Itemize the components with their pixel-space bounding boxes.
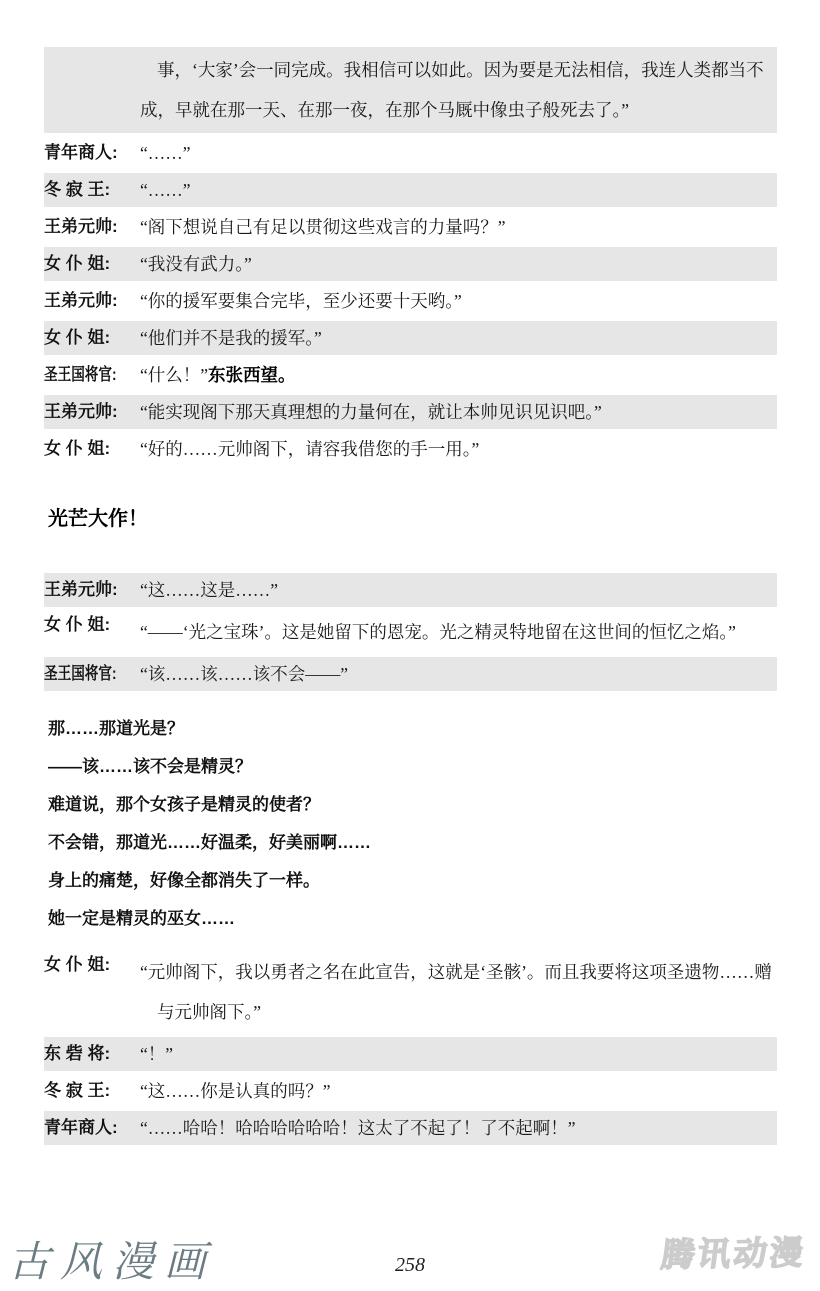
speaker-label: 东 砦 将: [44,1041,140,1067]
dialogue-text: “！” [140,1041,777,1067]
dialogue-text: “……” [140,177,777,203]
inner-monologue-line: 那……那道光是？ [48,719,777,738]
dialogue-row: 王弟元帅: “阁下想说自己有足以贯彻这些戏言的力量吗？” [44,210,777,244]
speaker-label: 冬 寂 王: [44,1078,140,1104]
dialogue-text: “阁下想说自己有足以贯彻这些戏言的力量吗？” [140,214,777,240]
speaker-label: 王弟元帅: [44,399,140,425]
dialogue-text: “好的……元帅阁下，请容我借您的手一用。” [140,436,777,462]
dialogue-quote: “这……这是……” [140,580,278,600]
inner-monologue-block: 那……那道光是？ ——该……该不会是精灵？ 难道说，那个女孩子是精灵的使者？ 不… [44,719,777,928]
dialogue-text: “什么！”东张西望。 [140,362,777,388]
speaker-label: 女 仆 姐: [44,952,140,978]
speaker-label: 青年商人: [44,140,140,166]
paragraph-text: 事，‘大家’会一同完成。我相信可以如此。因为要是无法相信，我连人类都当不成，早就… [140,50,777,130]
dialogue-row: 圣王国将官: “什么！”东张西望。 [44,358,777,392]
dialogue-text: “这……这是……” [140,577,777,603]
dialogue-text: “能实现阁下那天真理想的力量何在，就让本帅见识见识吧。” [140,399,777,425]
dialogue-quote: “他们并不是我的援军。” [140,328,322,348]
dialogue-row: 王弟元帅: “你的援军要集合完毕，至少还要十天哟。” [44,284,777,318]
scene-heading: 光芒大作！ [48,502,777,531]
dialogue-row: 女 仆 姐: “他们并不是我的援军。” [44,321,777,355]
inner-monologue-line: 她一定是精灵的巫女…… [48,909,777,928]
dialogue-quote: “——‘光之宝珠’。这是她留下的恩宠。光之精灵特地留在这世间的恒忆之焰。” [140,622,736,642]
dialogue-text: “……哈哈！哈哈哈哈哈哈！这太了不起了！了不起啊！” [140,1115,777,1141]
inner-monologue-line: ——该……该不会是精灵？ [48,757,777,776]
speaker-label: 女 仆 姐: [44,325,140,351]
speaker-label: 冬 寂 王: [44,177,140,203]
inner-monologue-line: 不会错，那道光……好温柔，好美丽啊…… [48,833,777,852]
dialogue-text: “我没有武力。” [140,251,777,277]
speaker-label: 女 仆 姐: [44,436,140,462]
dialogue-quote: “……” [140,180,191,200]
dialogue-text: “他们并不是我的援军。” [140,325,777,351]
dialogue-row: 女 仆 姐: “我没有武力。” [44,247,777,281]
dialogue-row: 冬 寂 王: “……” [44,173,777,207]
dialogue-quote: “……” [140,143,191,163]
dialogue-row: 东 砦 将: “！” [44,1037,777,1071]
dialogue-text: “元帅阁下，我以勇者之名在此宣告，这就是‘圣骸’。而且我要将这项圣遗物……赠与元… [140,952,777,1032]
dialogue-quote: “这……你是认真的吗？” [140,1081,331,1101]
script-content: 事，‘大家’会一同完成。我相信可以如此。因为要是无法相信，我连人类都当不成，早就… [44,47,777,1148]
speaker-label: 王弟元帅: [44,214,140,240]
dialogue-row: 女 仆 姐: “好的……元帅阁下，请容我借您的手一用。” [44,432,777,466]
speaker-label: 女 仆 姐: [44,251,140,277]
speaker-label: 王弟元帅: [44,288,140,314]
dialogue-text: “你的援军要集合完毕，至少还要十天哟。” [140,288,777,314]
inner-monologue-line: 难道说，那个女孩子是精灵的使者？ [48,795,777,814]
inner-monologue-line: 身上的痛楚，好像全都消失了一样。 [48,871,777,890]
dialogue-text: “该……该……该不会——” [140,661,777,687]
dialogue-text: “这……你是认真的吗？” [140,1078,777,1104]
dialogue-quote: “好的……元帅阁下，请容我借您的手一用。” [140,439,479,459]
dialogue-quote: “！” [140,1044,173,1064]
dialogue-row: 女 仆 姐: “元帅阁下，我以勇者之名在此宣告，这就是‘圣骸’。而且我要将这项圣… [44,950,777,1034]
dialogue-text: “……” [140,140,777,166]
platform-watermark: 腾讯动漫 [659,1227,809,1277]
dialogue-row: 青年商人: “……” [44,136,777,170]
dialogue-row: 王弟元帅: “这……这是……” [44,573,777,607]
dialogue-quote: “你的援军要集合完毕，至少还要十天哟。” [140,291,462,311]
speaker-label: 女 仆 姐: [44,612,140,638]
dialogue-quote: “阁下想说自己有足以贯彻这些戏言的力量吗？” [140,217,506,237]
speaker-label: 圣王国将官: [44,661,121,687]
dialogue-row: 冬 寂 王: “这……你是认真的吗？” [44,1074,777,1108]
dialogue-quote: “我没有武力。” [140,254,252,274]
dialogue-quote: “元帅阁下，我以勇者之名在此宣告，这就是‘圣骸’。而且我要将这项圣遗物……赠与元… [140,962,772,1022]
dialogue-quote: “能实现阁下那天真理想的力量何在，就让本帅见识见识吧。” [140,402,602,422]
dialogue-row: 青年商人: “……哈哈！哈哈哈哈哈哈！这太了不起了！了不起啊！” [44,1111,777,1145]
dialogue-row: 王弟元帅: “能实现阁下那天真理想的力量何在，就让本帅见识见识吧。” [44,395,777,429]
dialogue-quote: “该……该……该不会——” [140,664,348,684]
speaker-label: 青年商人: [44,1115,140,1141]
dialogue-row: 圣王国将官: “该……该……该不会——” [44,657,777,691]
dialogue-text: “——‘光之宝珠’。这是她留下的恩宠。光之精灵特地留在这世间的恒忆之焰。” [140,612,777,652]
dialogue-quote: “什么！” [140,365,208,385]
speaker-label: 圣王国将官: [44,362,121,388]
dialogue-quote: “……哈哈！哈哈哈哈哈哈！这太了不起了！了不起啊！” [140,1118,576,1138]
paragraph-continuation: 事，‘大家’会一同完成。我相信可以如此。因为要是无法相信，我连人类都当不成，早就… [44,47,777,133]
dialogue-row: 女 仆 姐: “——‘光之宝珠’。这是她留下的恩宠。光之精灵特地留在这世间的恒忆… [44,610,777,654]
stage-direction: 东张西望。 [208,365,296,385]
speaker-label: 王弟元帅: [44,577,140,603]
